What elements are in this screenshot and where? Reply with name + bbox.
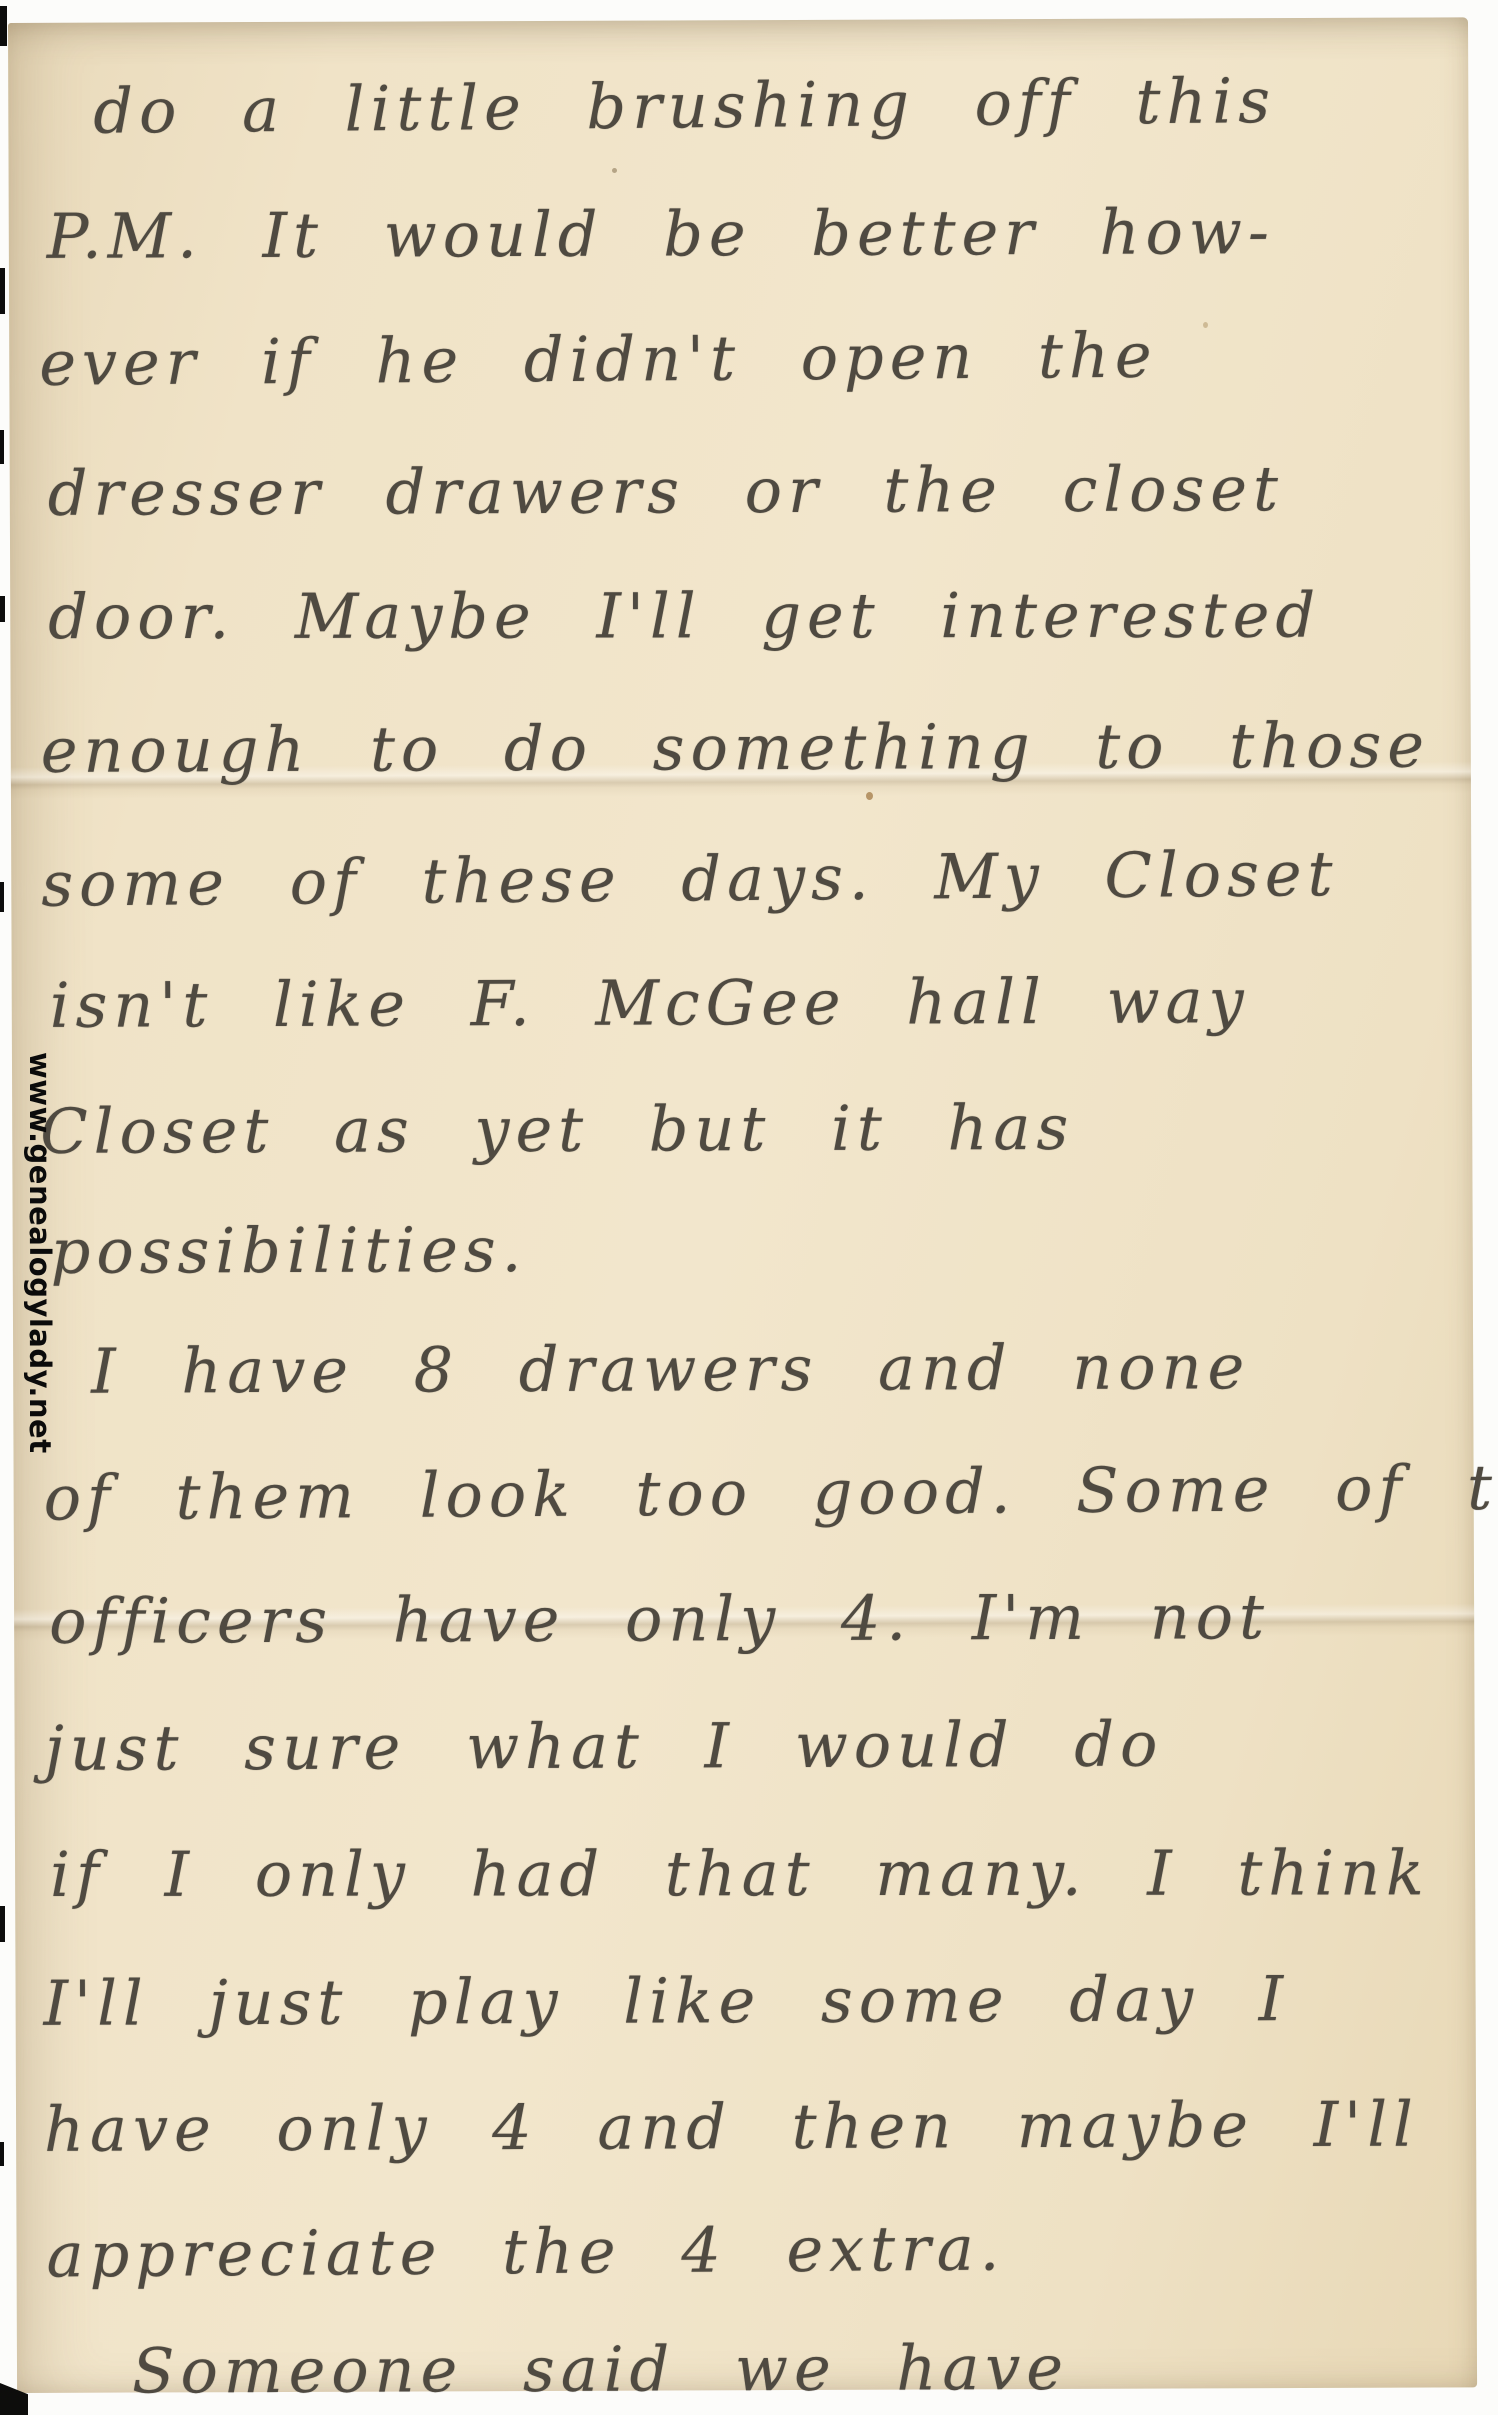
handwriting-line: officers have only 4. I'm not [49,1586,1270,1653]
handwriting-line: Someone said we have [132,2337,1069,2403]
handwriting-line: of them look too good. Some of the [43,1456,1498,1529]
handwriting-line: appreciate the 4 extra. [46,2218,1005,2287]
scan-artifact-left-edge [0,2142,4,2166]
handwriting-line: do a little brushing off this [93,70,1276,143]
handwriting-line: I'll just play like some day I [43,1968,1289,2035]
scan-artifact-left-edge [0,430,4,464]
scan-artifact-left-edge [0,1906,5,1942]
handwriting-line: isn't like F. McGee hall way [50,970,1250,1037]
handwriting-line: Closet as yet but it has [40,1097,1074,1163]
handwriting-line: if I only had that many. I think [50,1842,1430,1906]
scanned-letter-image: { "watermark": { "text": "www.genealogyl… [0,0,1498,2415]
scan-artifact-left-edge [0,596,5,622]
letter-paper-sheet: do a little brushing off this P.M. It wo… [8,17,1477,2393]
handwriting-line: door. Maybe I'll get interested [48,585,1321,649]
handwriting-line: I have 8 drawers and none [91,1336,1250,1402]
scan-artifact-left-edge [0,268,5,314]
handwriting-line: P.M. It would be better how- [47,201,1275,268]
paper-speck [866,792,873,800]
scan-artifact-left-edge [0,882,4,912]
watermark-text: www.genealogylady.net [23,1052,57,1454]
paper-speck [1203,322,1208,328]
handwriting-line: ever if he didn't open the [39,325,1158,395]
handwriting-line: some of these days. My Closet [41,843,1339,916]
handwriting-line: just sure what I would do [45,1714,1164,1780]
handwriting-line: possibilities. [51,1219,528,1283]
handwriting-line: dresser drawers or the closet [48,458,1284,525]
handwriting-line: have only 4 and then maybe I'll [44,2094,1419,2161]
handwriting-line: enough to do something to those [41,715,1430,782]
paper-speck [612,168,617,173]
scan-artifact-top-left [0,6,7,46]
